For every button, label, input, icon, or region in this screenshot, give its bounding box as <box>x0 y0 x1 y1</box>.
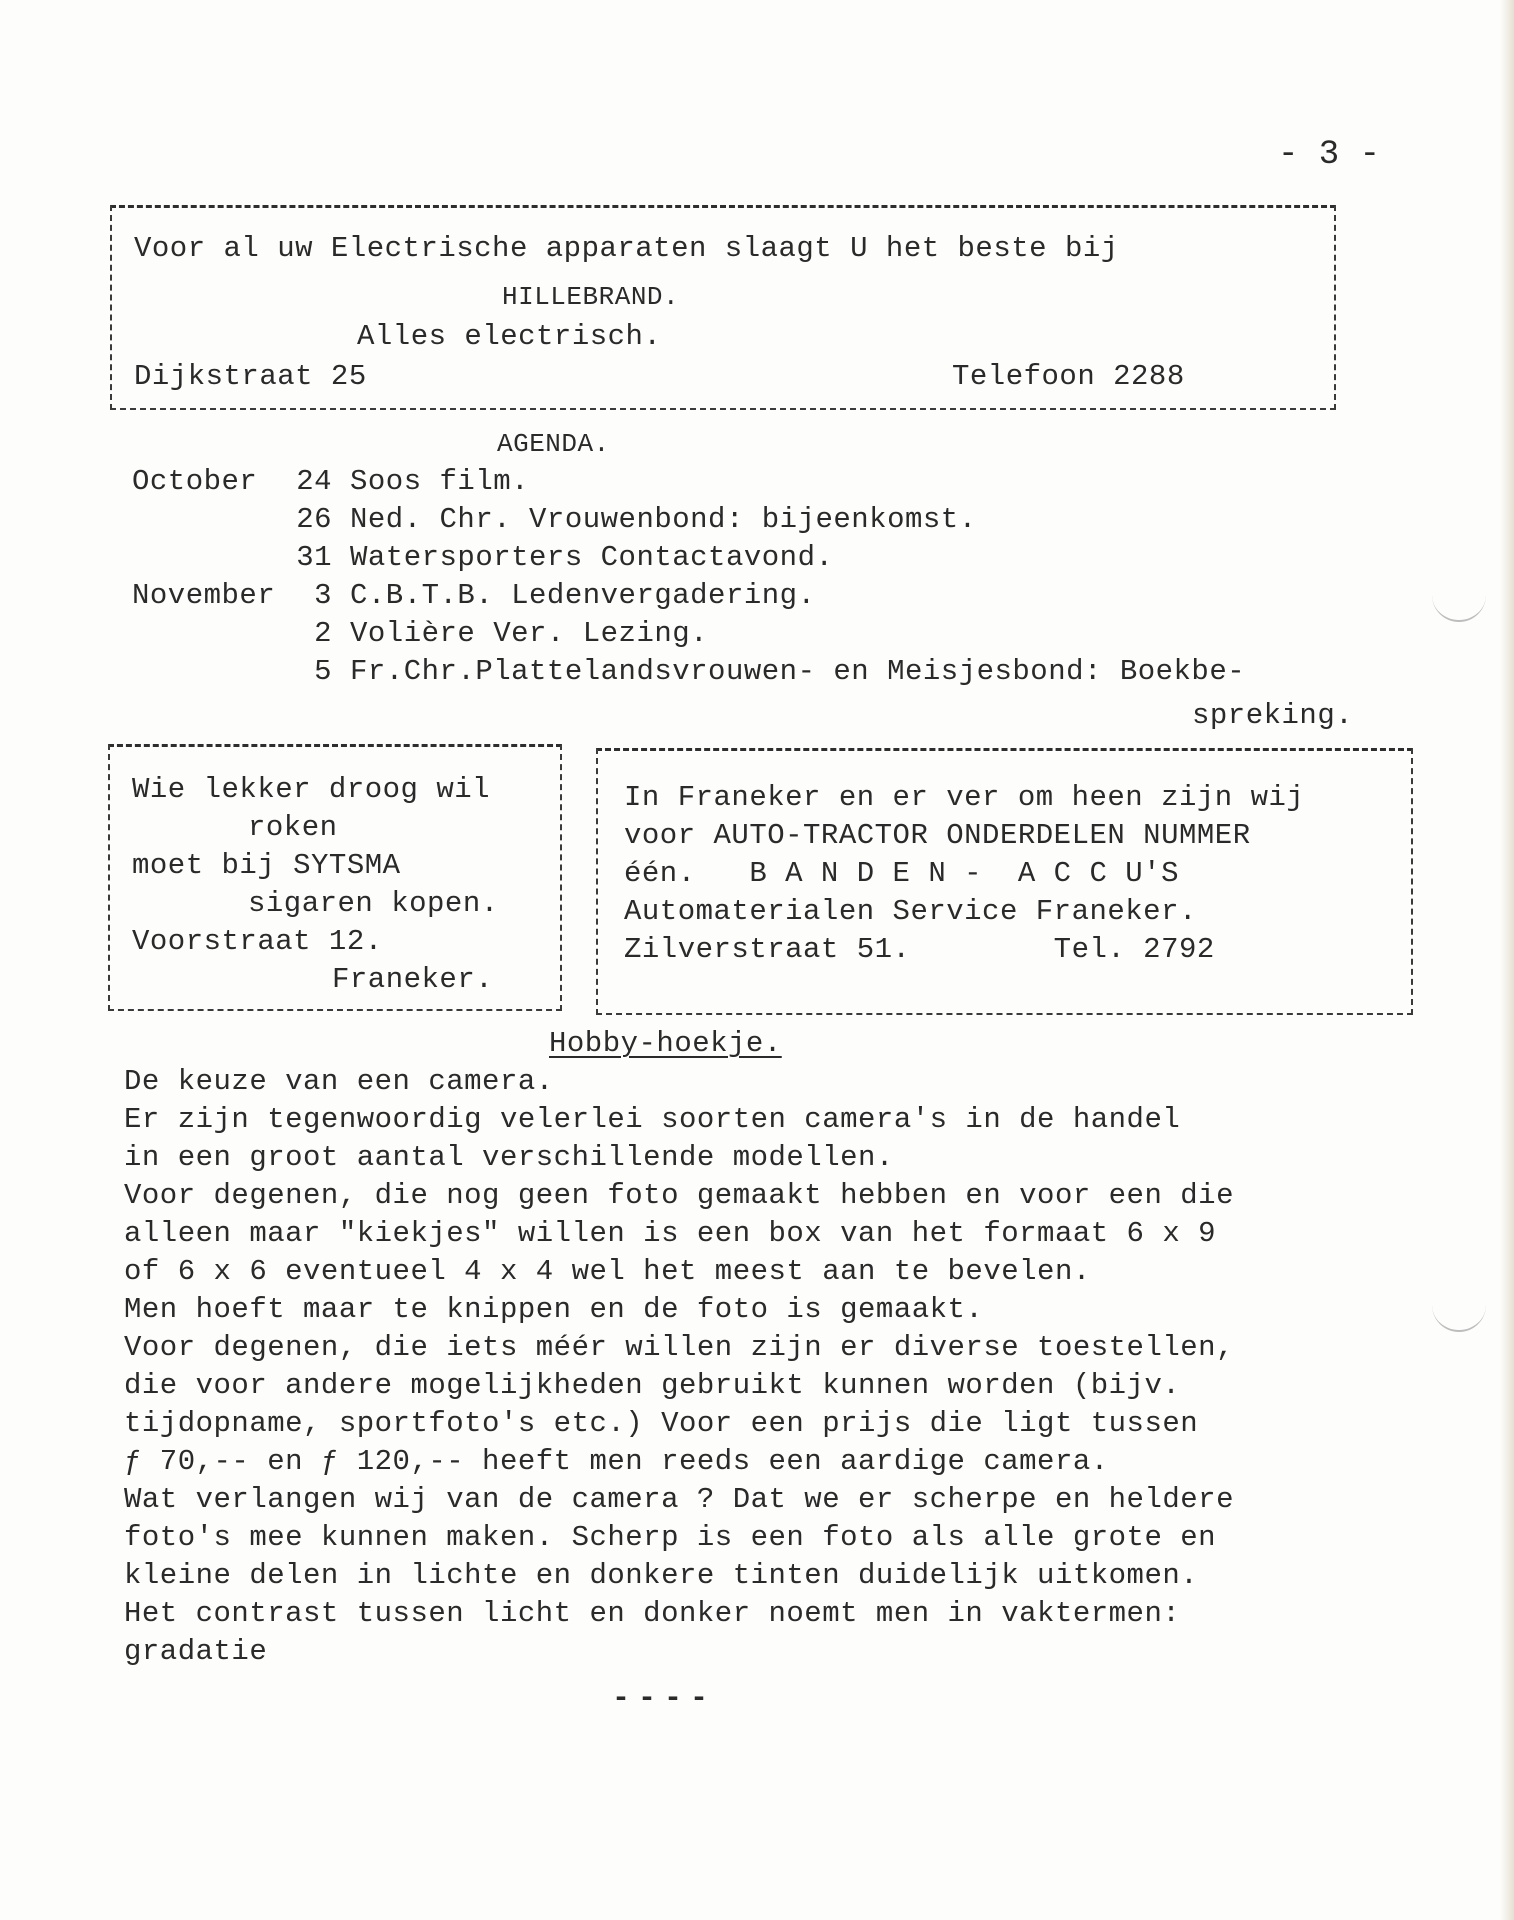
agenda-day: 5 <box>290 653 332 691</box>
agenda-day: 3 <box>290 577 332 615</box>
punch-hole-mark <box>1432 580 1486 622</box>
agenda-item: October 24 Soos film. <box>132 463 529 501</box>
ad-auto-line: voor AUTO-TRACTOR ONDERDELEN NUMMER <box>624 817 1251 855</box>
paper-edge <box>1500 0 1514 1920</box>
agenda-item: 26 Ned. Chr. Vrouwenbond: bijeenkomst. <box>132 501 977 539</box>
agenda-event: Fr.Chr.Plattelandsvrouwen- en Meisjesbon… <box>350 653 1245 691</box>
agenda-item: November 3 C.B.T.B. Ledenvergadering. <box>132 577 815 615</box>
ad-sytsma-line: roken <box>248 809 338 847</box>
page-number: - 3 - <box>1278 136 1380 174</box>
agenda-event: Soos film. <box>350 463 529 501</box>
article-line: Men hoeft maar te knippen en de foto is … <box>124 1291 983 1329</box>
article-heading: Hobby-hoekje. <box>549 1025 782 1063</box>
article-line: alleen maar "kiekjes" willen is een box … <box>124 1215 1216 1253</box>
agenda-day: 31 <box>290 539 332 577</box>
ad-hillebrand-box: Voor al uw Electrische apparaten slaagt … <box>110 205 1336 410</box>
article-line: ƒ 70,-- en ƒ 120,-- heeft men reeds een … <box>124 1443 1109 1481</box>
ad-auto-parts-box: In Franeker en er ver om heen zijn wij v… <box>596 748 1413 1015</box>
ad-sytsma-line: Wie lekker droog wil <box>132 771 490 809</box>
ad-hillebrand-phone: Telefoon 2288 <box>952 358 1185 396</box>
agenda-item: 31 Watersporters Contactavond. <box>132 539 833 577</box>
ad-sytsma-line: sigaren kopen. <box>248 885 499 923</box>
article-line: Voor degenen, die iets méér willen zijn … <box>124 1329 1234 1367</box>
agenda-month <box>132 501 290 539</box>
agenda-day: 2 <box>290 615 332 653</box>
article-line: Wat verlangen wij van de camera ? Dat we… <box>124 1481 1234 1519</box>
ad-sytsma-box: Wie lekker droog wil roken moet bij SYTS… <box>108 744 562 1011</box>
article-line: gradatie <box>124 1633 267 1671</box>
agenda-event: C.B.T.B. Ledenvergadering. <box>350 577 815 615</box>
agenda-day: 24 <box>290 463 332 501</box>
article-line: Er zijn tegenwoordig velerlei soorten ca… <box>124 1101 1180 1139</box>
article-line: Het contrast tussen licht en donker noem… <box>124 1595 1180 1633</box>
agenda-event: Watersporters Contactavond. <box>350 539 833 577</box>
end-separator: ---- <box>612 1682 716 1716</box>
agenda-month <box>132 653 290 691</box>
ad-hillebrand-intro: Voor al uw Electrische apparaten slaagt … <box>134 230 1119 268</box>
article-line: die voor andere mogelijkheden gebruikt k… <box>124 1367 1180 1405</box>
ad-auto-line: één. B A N D E N - A C C U'S <box>624 855 1179 893</box>
ad-auto-line: Zilverstraat 51. Tel. 2792 <box>624 931 1215 969</box>
ad-sytsma-line: Franeker. <box>332 961 493 999</box>
article-line: in een groot aantal verschillende modell… <box>124 1139 894 1177</box>
ad-auto-line: Automaterialen Service Franeker. <box>624 893 1197 931</box>
article-line: De keuze van een camera. <box>124 1063 554 1101</box>
ad-hillebrand-tagline: Alles electrisch. <box>357 318 661 356</box>
agenda-event: Volière Ver. Lezing. <box>350 615 708 653</box>
ad-sytsma-line: Voorstraat 12. <box>132 923 383 961</box>
ad-hillebrand-address: Dijkstraat 25 <box>134 358 367 396</box>
article-line: of 6 x 6 eventueel 4 x 4 wel het meest a… <box>124 1253 1091 1291</box>
article-line: tijdopname, sportfoto's etc.) Voor een p… <box>124 1405 1198 1443</box>
ad-hillebrand-name: HILLEBRAND. <box>502 278 679 316</box>
agenda-title: AGENDA. <box>497 425 610 463</box>
article-line: Voor degenen, die nog geen foto gemaakt … <box>124 1177 1234 1215</box>
agenda-item: 2 Volière Ver. Lezing. <box>132 615 708 653</box>
agenda-event: Ned. Chr. Vrouwenbond: bijeenkomst. <box>350 501 977 539</box>
agenda-month: November <box>132 577 290 615</box>
agenda-item: 5 Fr.Chr.Plattelandsvrouwen- en Meisjesb… <box>132 653 1245 691</box>
agenda-month: October <box>132 463 290 501</box>
ad-auto-line: In Franeker en er ver om heen zijn wij <box>624 779 1304 817</box>
ad-sytsma-line: moet bij SYTSMA <box>132 847 401 885</box>
punch-hole-mark <box>1432 1290 1486 1332</box>
article-line: foto's mee kunnen maken. Scherp is een f… <box>124 1519 1216 1557</box>
agenda-month <box>132 615 290 653</box>
agenda-month <box>132 539 290 577</box>
agenda-day: 26 <box>290 501 332 539</box>
agenda-event-continuation: spreking. <box>1192 697 1353 735</box>
article-line: kleine delen in lichte en donkere tinten… <box>124 1557 1198 1595</box>
